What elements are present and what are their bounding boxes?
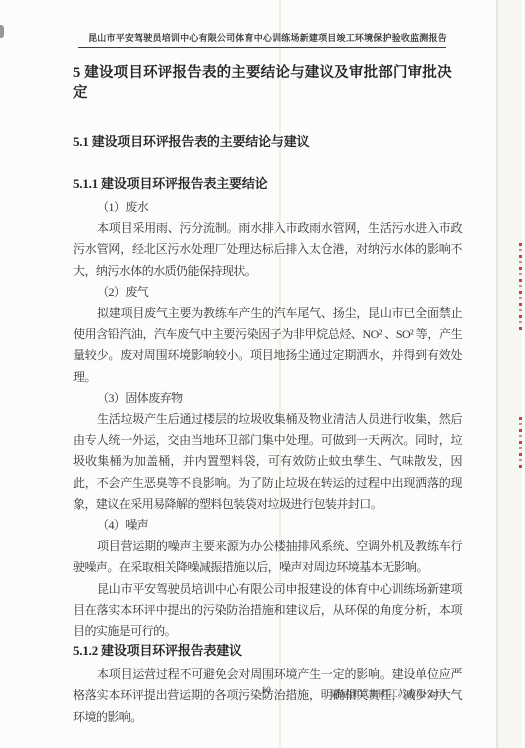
- scan-smudge: [0, 25, 4, 38]
- paragraph-waste-gas: 拟建项目废气主要为教练车产生的汽车尾气、扬尘，昆山市已全面禁止使用含铅汽油，汽车…: [73, 303, 462, 388]
- chapter-title: 5 建设项目环评报告表的主要结论与建议及审批部门审批决定: [73, 63, 462, 103]
- scanned-document-page: 昆山市平安驾驶员培训中心有限公司体育中心训练场新建项目竣工环境保护验收监测报告 …: [0, 0, 525, 748]
- section-5-1-1-heading: 5.1.1 建设项目环评报告表主要结论: [73, 175, 462, 192]
- page-footer: 10 谱尼测试集团江苏有限公司: [73, 686, 462, 702]
- red-stamp-edge-marks-upper: [519, 243, 522, 331]
- subheading-waste-gas: （2）废气: [73, 282, 462, 303]
- subheading-solid-waste: （3）固体废弃物: [73, 388, 462, 409]
- page-number: 10: [261, 686, 271, 696]
- footer-company-name: 谱尼测试集团江苏有限公司: [331, 686, 445, 700]
- section-5-1-heading: 5.1 建设项目环评报告表的主要结论与建议: [73, 133, 462, 150]
- running-header: 昆山市平安驾驶员培训中心有限公司体育中心训练场新建项目竣工环境保护验收监测报告: [73, 33, 462, 44]
- page-content: 昆山市平安驾驶员培训中心有限公司体育中心训练场新建项目竣工环境保护验收监测报告 …: [73, 0, 462, 728]
- scan-tint-right: [498, 0, 521, 748]
- red-stamp-edge-marks-lower: [519, 417, 522, 471]
- paragraph-solid-waste: 生活垃圾产生后通过楼层的垃圾收集桶及物业清洁人员进行收集，然后由专人统一外运，交…: [73, 409, 462, 515]
- paragraph-wastewater: 本项目采用雨、污分流制。雨水排入市政雨水管网，生活污水进入市政污水管网，经北区污…: [73, 218, 462, 282]
- subheading-wastewater: （1）废水: [73, 197, 462, 218]
- subheading-noise: （4）噪声: [73, 515, 462, 536]
- paragraph-feasibility-conclusion: 昆山市平安驾驶员培训中心有限公司申报建设的体育中心训练场新建项目在落实本环评中提…: [73, 579, 462, 643]
- section-5-1-2-heading: 5.1.2 建设项目环评报告表建议: [73, 642, 462, 659]
- page-fold-line: [496, 0, 498, 748]
- header-rule: [78, 47, 446, 48]
- paragraph-noise: 项目营运期的噪声主要来源为办公楼抽排风系统、空调外机及教练车行驶噪声。在采取相关…: [73, 536, 462, 578]
